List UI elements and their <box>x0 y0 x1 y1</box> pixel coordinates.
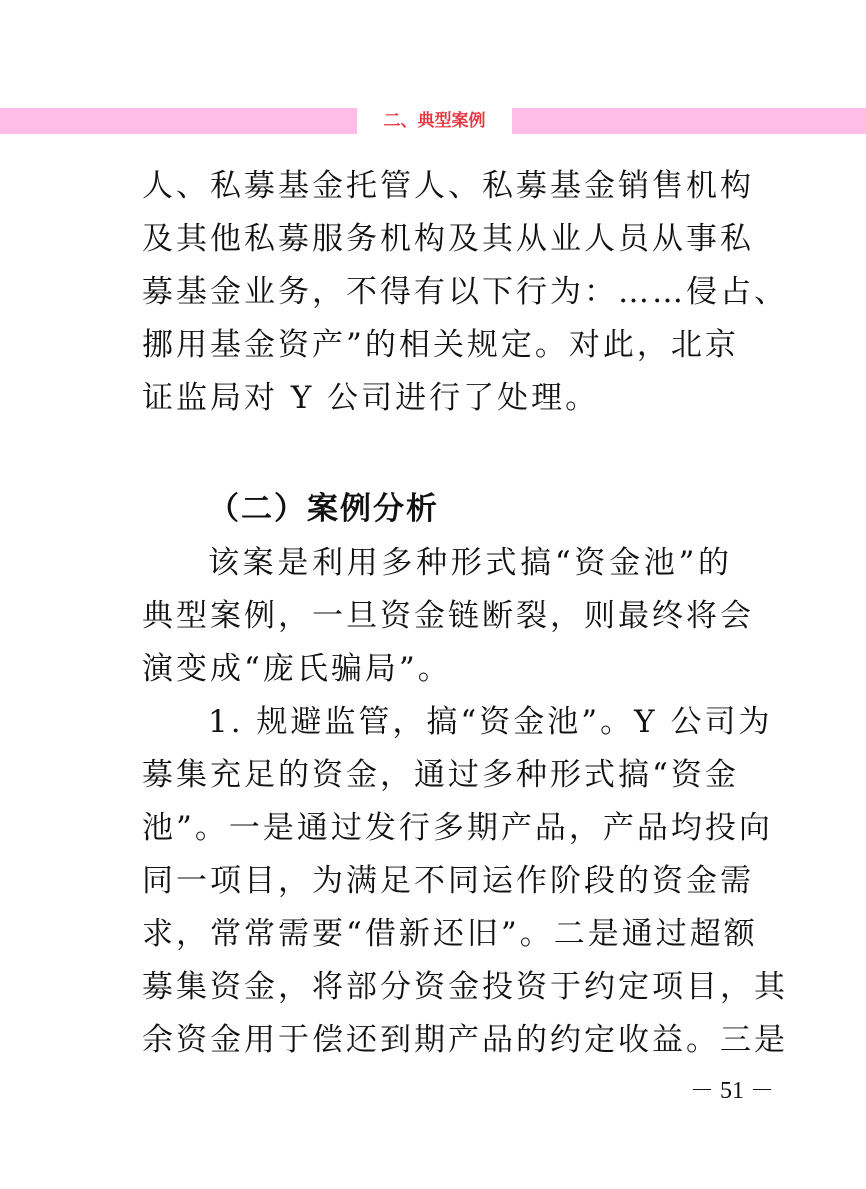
text-line: 余资金用于偿还到期产品的约定收益。三是 <box>142 1014 732 1067</box>
page-body: 人、私募基金托管人、私募基金销售机构 及其他私募服务机构及其从业人员从事私 募基… <box>142 160 732 1067</box>
text-line: 池”。一是通过发行多期产品，产品均投向 <box>142 802 732 855</box>
text-line: 1. 规避监管，搞“资金池”。Y 公司为 <box>142 696 732 749</box>
page-number: － 51 － <box>690 1070 774 1105</box>
text-line: 募集充足的资金，通过多种形式搞“资金 <box>142 749 732 802</box>
banner-bar-right <box>512 108 866 134</box>
text-line: 求，常常需要“借新还旧”。二是通过超额 <box>142 908 732 961</box>
text-line: 挪用基金资产”的相关规定。对此，北京 <box>142 319 732 372</box>
paragraph-continuation: 人、私募基金托管人、私募基金销售机构 及其他私募服务机构及其从业人员从事私 募基… <box>142 160 732 425</box>
text-line: 证监局对 Y 公司进行了处理。 <box>142 372 732 425</box>
subsection-heading: （二）案例分析 <box>142 481 732 537</box>
text-line: 及其他私募服务机构及其从业人员从事私 <box>142 213 732 266</box>
text-line: 同一项目，为满足不同运作阶段的资金需 <box>142 855 732 908</box>
text-line: 典型案例，一旦资金链断裂，则最终将会 <box>142 590 732 643</box>
text-line: 人、私募基金托管人、私募基金销售机构 <box>142 160 732 213</box>
paragraph-intro: 该案是利用多种形式搞“资金池”的 典型案例，一旦资金链断裂，则最终将会 演变成“… <box>142 537 732 696</box>
section-title: 二、典型案例 <box>357 108 512 134</box>
banner-bar-left <box>0 108 357 134</box>
spacer <box>142 425 732 481</box>
text-line: 募集资金，将部分资金投资于约定项目，其 <box>142 961 732 1014</box>
paragraph-point-1: 1. 规避监管，搞“资金池”。Y 公司为 募集充足的资金，通过多种形式搞“资金 … <box>142 696 732 1067</box>
text-line: 募基金业务，不得有以下行为：……侵占、 <box>142 266 732 319</box>
text-line: 该案是利用多种形式搞“资金池”的 <box>142 537 732 590</box>
section-header-banner: 二、典型案例 <box>0 108 866 134</box>
text-line: 演变成“庞氏骗局”。 <box>142 643 732 696</box>
